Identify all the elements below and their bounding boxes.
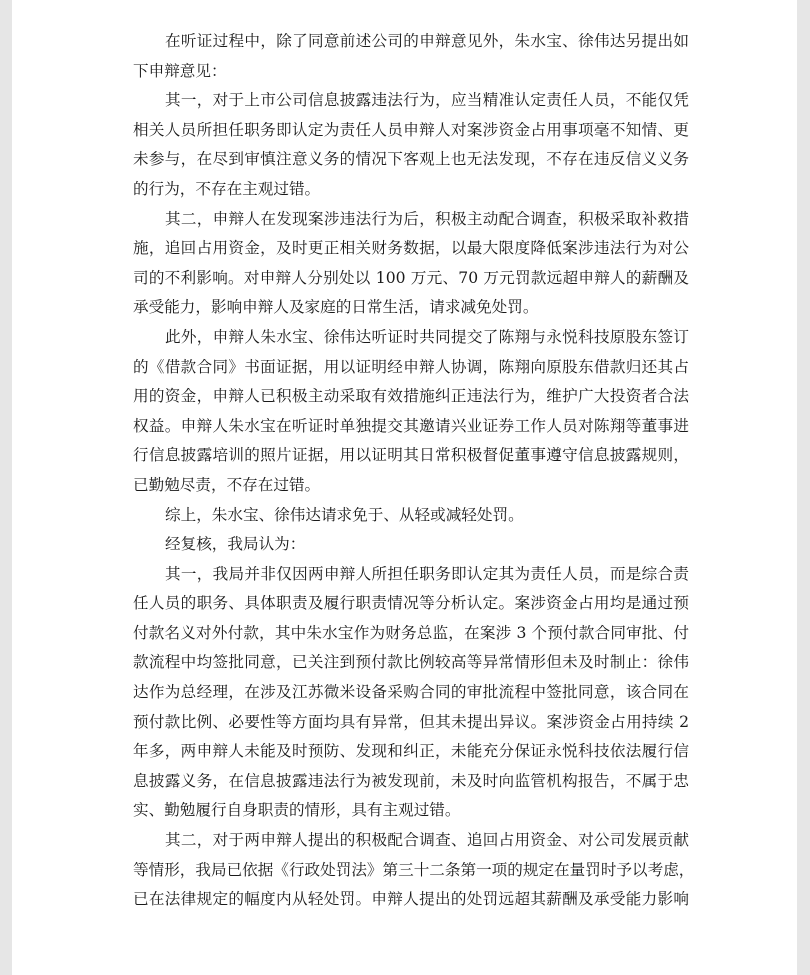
paragraph-line: 行信息披露培训的照片证据，用以证明其日常积极督促董事遵守信息披露规则，	[133, 441, 689, 471]
paragraph-line: 已在法律规定的幅度内从轻处罚。申辩人提出的处罚远超其薪酬及承受能力影响	[133, 885, 689, 915]
paragraph-line: 年多，两申辩人未能及时预防、发现和纠正，未能充分保证永悦科技依法履行信	[133, 737, 689, 767]
paragraph-line: 权益。申辩人朱水宝在听证时单独提交其邀请兴业证券工作人员对陈翔等董事进	[133, 412, 689, 442]
paragraph-line: 司的不利影响。对申辩人分别处以 100 万元、70 万元罚款远超申辩人的薪酬及	[133, 264, 689, 294]
paragraph-line: 其二，申辩人在发现案涉违法行为后，积极主动配合调查，积极采取补救措	[133, 205, 689, 235]
paragraph-line: 此外，申辩人朱水宝、徐伟达听证时共同提交了陈翔与永悦科技原股东签订	[133, 323, 689, 353]
paragraph-line: 达作为总经理，在涉及江苏微米设备采购合同的审批流程中签批同意，该合同在	[133, 678, 689, 708]
paragraph-line: 在听证过程中，除了同意前述公司的申辩意见外，朱水宝、徐伟达另提出如	[133, 27, 689, 57]
paragraph-line: 实、勤勉履行自身职责的情形，具有主观过错。	[133, 796, 689, 826]
document-body: 在听证过程中，除了同意前述公司的申辩意见外，朱水宝、徐伟达另提出如 下申辩意见：…	[133, 27, 689, 915]
paragraph-line: 相关人员所担任职务即认定为责任人员申辩人对案涉资金占用事项毫不知情、更	[133, 116, 689, 146]
paragraph-line: 等情形，我局已依据《行政处罚法》第三十二条第一项的规定在量罚时予以考虑，	[133, 856, 689, 886]
paragraph-line: 综上，朱水宝、徐伟达请求免于、从轻或减轻处罚。	[133, 501, 689, 531]
paragraph-line: 其一，对于上市公司信息披露违法行为，应当精准认定责任人员，不能仅凭	[133, 86, 689, 116]
document-page: 在听证过程中，除了同意前述公司的申辩意见外，朱水宝、徐伟达另提出如 下申辩意见：…	[12, 0, 797, 975]
paragraph-line: 其一，我局并非仅因两申辩人所担任职务即认定其为责任人员，而是综合责	[133, 560, 689, 590]
paragraph-line: 的《借款合同》书面证据，用以证明经申辩人协调，陈翔向原股东借款归还其占	[133, 353, 689, 383]
paragraph-line: 未参与，在尽到审慎注意义务的情况下客观上也无法发现，不存在违反信义义务	[133, 145, 689, 175]
paragraph-line: 预付款比例、必要性等方面均具有异常，但其未提出异议。案涉资金占用持续 2	[133, 708, 689, 738]
paragraph-line: 用的资金，申辩人已积极主动采取有效措施纠正违法行为，维护广大投资者合法	[133, 382, 689, 412]
paragraph-line: 付款名义对外付款，其中朱水宝作为财务总监，在案涉 3 个预付款合同审批、付	[133, 619, 689, 649]
paragraph-line: 款流程中均签批同意，已关注到预付款比例较高等异常情形但未及时制止：徐伟	[133, 648, 689, 678]
paragraph-line: 其二，对于两申辩人提出的积极配合调查、追回占用资金、对公司发展贡献	[133, 826, 689, 856]
paragraph-line: 任人员的职务、具体职责及履行职责情况等分析认定。案涉资金占用均是通过预	[133, 589, 689, 619]
paragraph-line: 承受能力，影响申辩人及家庭的日常生活，请求减免处罚。	[133, 293, 689, 323]
paragraph-line: 息披露义务，在信息披露违法行为被发现前，未及时向监管机构报告，不属于忠	[133, 767, 689, 797]
paragraph-line: 下申辩意见：	[133, 57, 689, 87]
paragraph-line: 的行为，不存在主观过错。	[133, 175, 689, 205]
paragraph-line: 已勤勉尽责，不存在过错。	[133, 471, 689, 501]
paragraph-line: 施，追回占用资金，及时更正相关财务数据，以最大限度降低案涉违法行为对公	[133, 234, 689, 264]
paragraph-line: 经复核，我局认为：	[133, 530, 689, 560]
